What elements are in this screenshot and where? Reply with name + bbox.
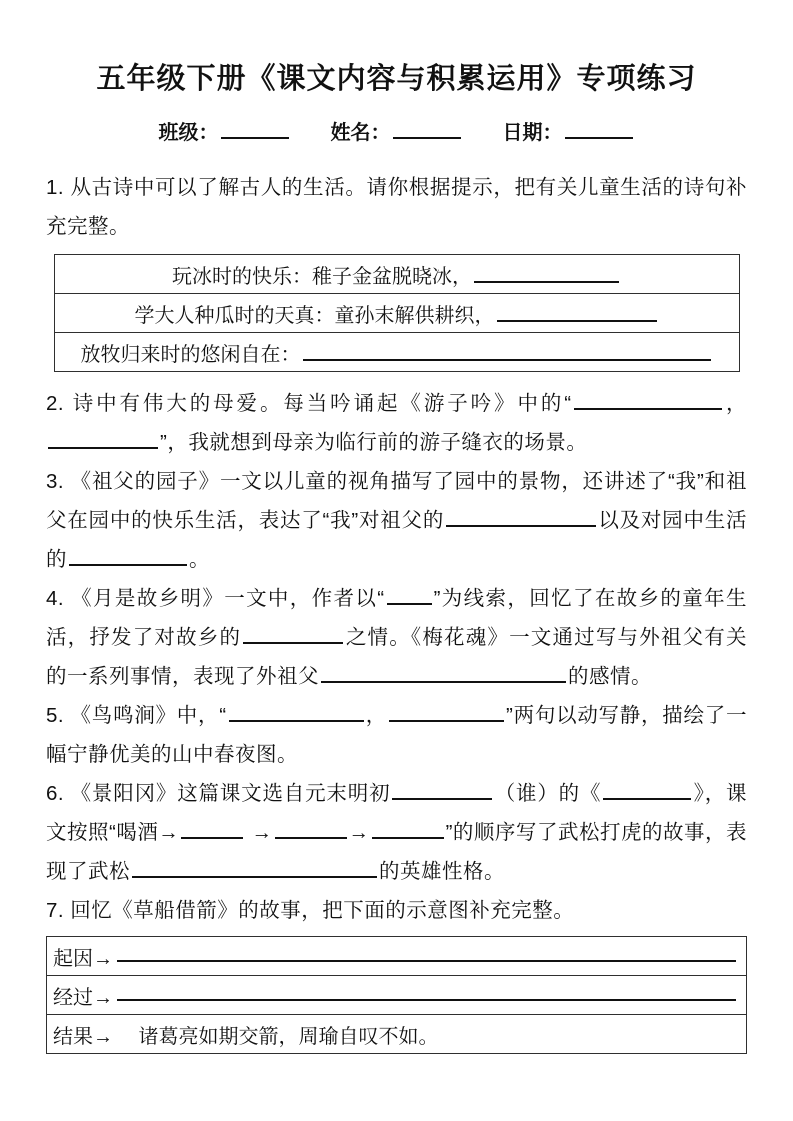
question-4: 4. 《月是故乡明》一文中，作者以“”为线索，回忆了在故乡的童年生活，抒发了对故…	[46, 579, 747, 696]
diagram-row-process: 经过→	[53, 981, 740, 1010]
diagram-row-cause: 起因→	[53, 942, 740, 971]
story-diagram-table-body: 起因→ 经过→ 结果→ 诸葛亮如期交箭，周瑜自叹不如。	[47, 937, 747, 1054]
poem-row-farming-innocence: 学大人种瓜时的天真：童孙末解供耕织，	[54, 294, 739, 333]
page-title: 五年级下册《课文内容与积累运用》专项练习	[46, 56, 747, 97]
fill-in-blank	[117, 999, 736, 1001]
poem-table: 玩冰时的快乐：稚子金盆脱晓冰， 学大人种瓜时的天真：童孙末解供耕织， 放牧归来时…	[54, 254, 740, 372]
question-2: 2. 诗中有伟大的母爱。每当吟诵起《游子吟》中的“，”，我就想到母亲为临行前的游…	[46, 384, 747, 462]
fill-in-blank	[574, 388, 722, 411]
poem-row-herding-leisure: 放牧归来时的悠闲自在：	[54, 333, 739, 372]
fill-in-blank	[474, 261, 619, 283]
fill-in-blank	[243, 622, 343, 645]
table-row: 玩冰时的快乐：稚子金盆脱晓冰，	[54, 255, 739, 294]
table-cell: 经过→	[47, 976, 747, 1015]
table-cell: 结果→ 诸葛亮如期交箭，周瑜自叹不如。	[47, 1015, 747, 1054]
question-6: 6. 《景阳冈》这篇课文选自元末明初（谁）的《》，课文按照“喝酒→ →→”的顺序…	[46, 774, 747, 891]
fill-in-blank	[275, 817, 347, 840]
table-row: 起因→	[47, 937, 747, 976]
table-row: 经过→	[47, 976, 747, 1015]
fill-in-blank	[69, 544, 187, 567]
table-row: 结果→ 诸葛亮如期交箭，周瑜自叹不如。	[47, 1015, 747, 1054]
fill-in-blank	[321, 661, 566, 684]
fill-in-blank	[603, 778, 691, 801]
fill-in-blank	[229, 700, 364, 723]
fill-in-blank	[181, 817, 243, 840]
fill-in-blank	[132, 856, 377, 879]
fill-in-blank	[221, 117, 289, 139]
fill-in-blank	[303, 339, 711, 361]
poem-table-body: 玩冰时的快乐：稚子金盆脱晓冰， 学大人种瓜时的天真：童孙末解供耕织， 放牧归来时…	[54, 255, 739, 372]
student-info-fields: 班级： 姓名： 日期：	[46, 117, 747, 148]
fill-in-blank	[446, 505, 596, 528]
table-cell: 起因→	[47, 937, 747, 976]
table-row: 放牧归来时的悠闲自在：	[54, 333, 739, 372]
fill-in-blank	[497, 300, 657, 322]
table-row: 学大人种瓜时的天真：童孙末解供耕织，	[54, 294, 739, 333]
story-diagram-table: 起因→ 经过→ 结果→ 诸葛亮如期交箭，周瑜自叹不如。	[46, 936, 747, 1054]
fill-in-blank	[565, 117, 633, 139]
question-3: 3. 《祖父的园子》一文以儿童的视角描写了园中的景物，还讲述了“我”和祖父在园中…	[46, 462, 747, 579]
worksheet-page: 五年级下册《课文内容与积累运用》专项练习 班级： 姓名： 日期： 1. 从古诗中…	[0, 0, 793, 1054]
fill-in-blank	[387, 583, 432, 606]
fill-in-blank	[392, 778, 492, 801]
question-5: 5. 《鸟鸣涧》中，“，”两句以动写静，描绘了一幅宁静优美的山中春夜图。	[46, 696, 747, 774]
fill-in-blank	[389, 700, 504, 723]
question-1: 1. 从古诗中可以了解古人的生活。请你根据提示，把有关儿童生活的诗句补充完整。	[46, 168, 747, 246]
fill-in-blank	[393, 117, 461, 139]
fill-in-blank	[48, 427, 158, 450]
poem-row-ice-joy: 玩冰时的快乐：稚子金盆脱晓冰，	[54, 255, 739, 294]
fill-in-blank	[372, 817, 444, 840]
fill-in-blank	[117, 960, 736, 962]
question-7: 7. 回忆《草船借箭》的故事，把下面的示意图补充完整。	[46, 891, 747, 930]
diagram-row-result: 结果→ 诸葛亮如期交箭，周瑜自叹不如。	[53, 1020, 740, 1049]
